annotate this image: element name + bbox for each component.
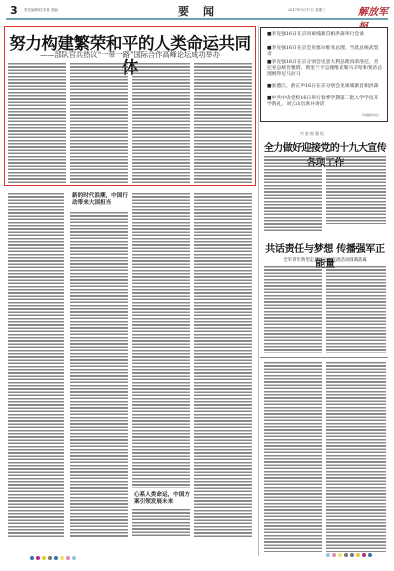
feature-column-2 xyxy=(326,266,386,353)
feature-column-1 xyxy=(264,266,322,353)
side-story-column-1 xyxy=(264,156,322,231)
page-header: 3 责任编辑/技术者 美编 要闻 2017年5月17日 星期三 解放军报 xyxy=(0,0,394,20)
lead-column-3 xyxy=(132,63,190,183)
lower-column-1 xyxy=(8,193,64,538)
section-divider xyxy=(260,357,388,358)
brief-item[interactable]: ■李克强16日在京同柬埔寨首相洪森举行会谈 xyxy=(267,32,383,38)
side-story-kicker: 兴 安 图 强 讯 xyxy=(300,131,324,137)
registration-marks-right xyxy=(326,553,372,557)
lower-column-3b xyxy=(132,509,190,538)
lead-column-4 xyxy=(194,63,252,183)
lower-column-3 xyxy=(132,193,190,488)
side-story-column-2 xyxy=(326,156,386,224)
brief-item[interactable]: ■中共中央党校16日举行春季学期第二批入学学员开学典礼，刘云山出席并讲话 xyxy=(267,96,383,108)
brief-item[interactable]: ■张德江、俞正声16日在京分别会见柬埔寨首相洪森 xyxy=(267,84,383,90)
edition-info: 责任编辑/技术者 美编 xyxy=(24,8,58,13)
lead-column-1 xyxy=(8,63,66,183)
news-briefs-box: ■李克强16日在京同柬埔寨首相洪森举行会谈 ■李克强16日在京会见塞尔维亚总理、… xyxy=(260,27,388,122)
registration-marks-left xyxy=(30,556,76,560)
lower-column-2 xyxy=(70,212,128,538)
inline-subhead-1[interactable]: 新的时代浪潮，中国行动带来大国担当 xyxy=(72,193,128,208)
issue-date: 2017年5月17日 星期三 xyxy=(288,8,326,13)
lead-subheadline: ——部队官兵热议“一带一路”国际合作高峰论坛成功举办 xyxy=(4,50,256,60)
brief-item[interactable]: ■李克强16日在京分别会见意大利总理真蒂洛尼、肯尼亚总统肯雅塔、斯里兰卡总理维克… xyxy=(267,60,383,78)
page-number: 3 xyxy=(10,4,18,17)
lower-right-column-2 xyxy=(326,362,386,552)
inline-subhead-2[interactable]: 心系人类命运，中国方案引领发展未来 xyxy=(134,492,190,507)
column-rule xyxy=(258,26,259,556)
section-title: 要闻 xyxy=(178,3,228,19)
briefs-source: （均据新华社） xyxy=(360,113,381,117)
lower-right-column-1 xyxy=(264,362,322,552)
lead-column-2 xyxy=(70,63,128,183)
header-rule xyxy=(6,18,388,20)
feature-subheadline: 全军青年典型走基层分享交流活动圆满落幕 xyxy=(262,257,388,263)
lower-column-4 xyxy=(194,193,252,538)
brief-item[interactable]: ■李克强16日在京会见塞尔维亚总理、当选总统武契奇 xyxy=(267,46,383,58)
